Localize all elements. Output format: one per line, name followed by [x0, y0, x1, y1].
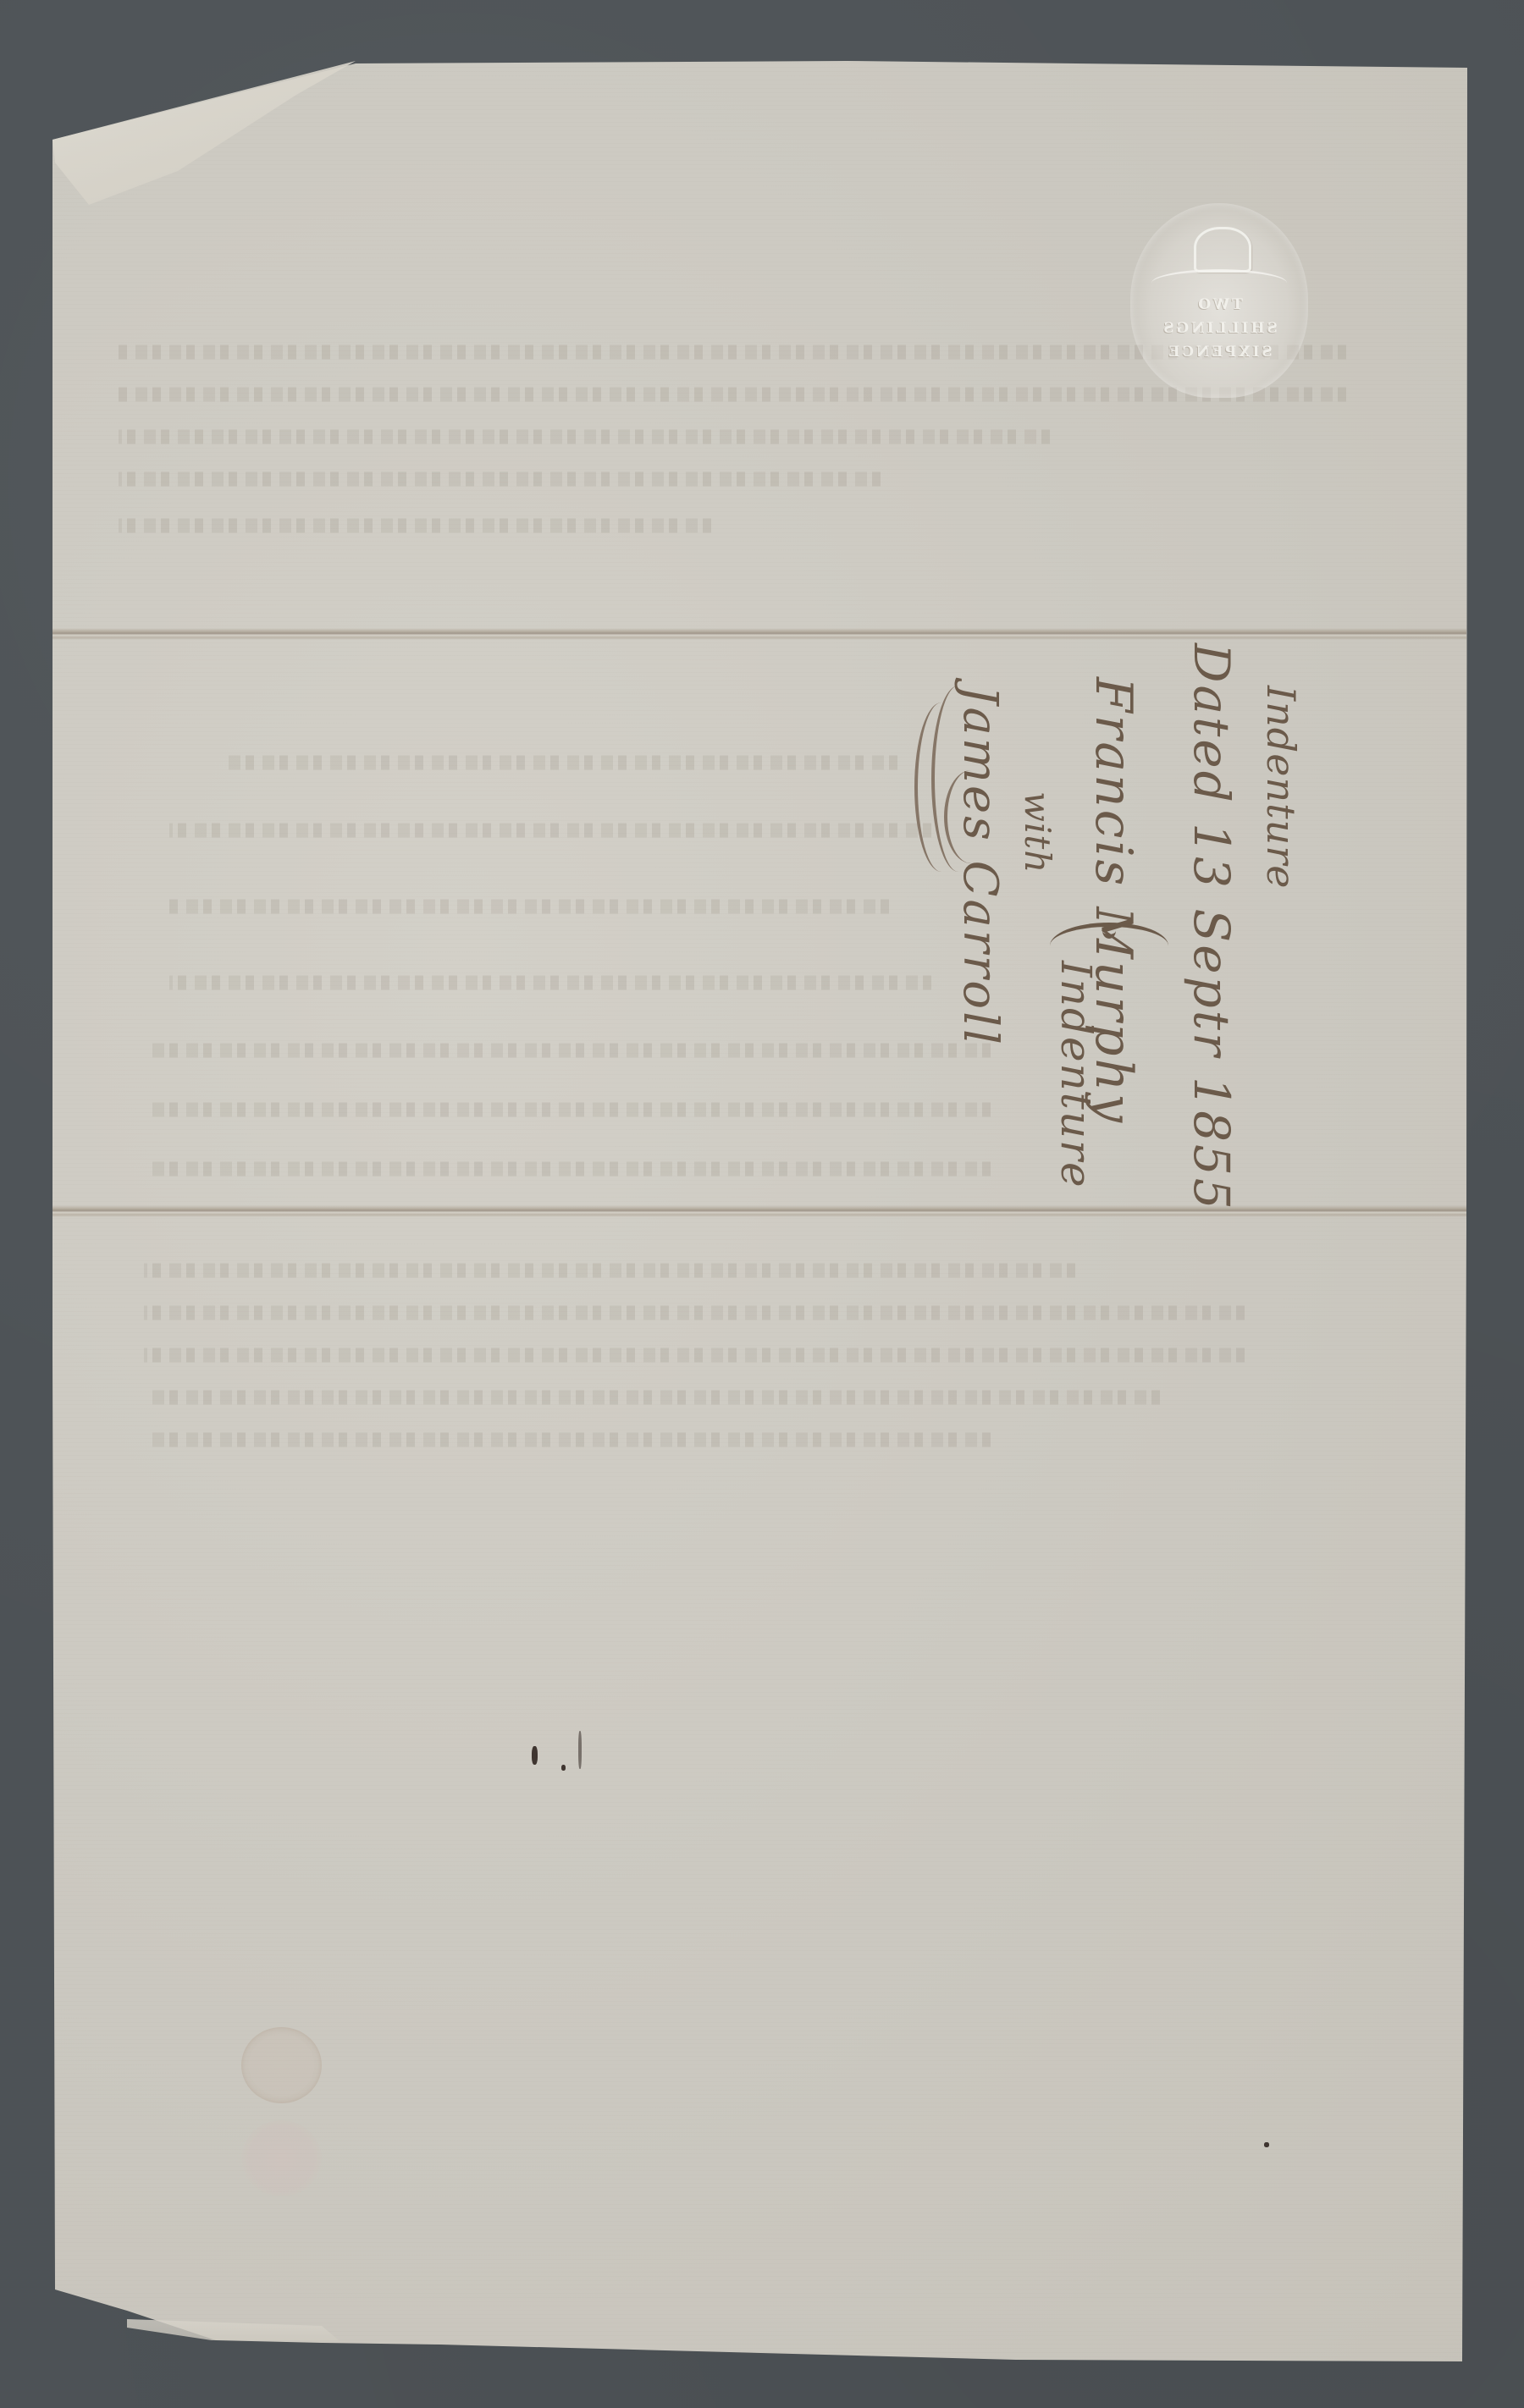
endorsement-title: Indenture: [1258, 686, 1304, 889]
show-through-line: [220, 745, 897, 780]
show-through-line: [119, 377, 1346, 412]
endorsement-conjunction: with: [1017, 791, 1058, 873]
faint-side-endorsement: illegible faded handwriting: [161, 1287, 204, 1798]
show-through-line: [119, 461, 881, 497]
seal-stain: [241, 2120, 322, 2196]
ink-mark: [561, 1765, 566, 1771]
fold-crease-upper: [52, 628, 1466, 640]
show-through-line: [119, 419, 1050, 455]
stamp-text-line: SIXPENCE: [1130, 344, 1308, 361]
seal-stain: [241, 2027, 322, 2103]
show-through-line: [144, 1380, 1160, 1415]
show-through-line: [144, 1033, 991, 1068]
embossed-revenue-stamp: TWO SHILLINGS SIXPENCE: [1130, 203, 1308, 398]
endorsement-date: Dated 13 Septr 1855: [1183, 643, 1240, 1212]
stamp-text-line: TWO: [1130, 296, 1308, 313]
pen-flourish: [944, 770, 998, 863]
ink-mark: [578, 1731, 582, 1769]
ink-mark: [1264, 2142, 1269, 2147]
stamp-flourish: [1151, 269, 1287, 297]
show-through-line: [144, 1337, 1245, 1373]
show-through-line: [169, 813, 931, 848]
show-through-line: [144, 1422, 991, 1457]
show-through-line: [144, 1151, 991, 1187]
show-through-line: [144, 1253, 1075, 1288]
show-through-line: [119, 508, 711, 543]
stamp-text-line: SHILLINGS: [1130, 320, 1308, 337]
ink-mark: [532, 1746, 538, 1765]
show-through-line: [144, 1092, 991, 1127]
crown-icon: [1194, 227, 1251, 273]
endorsement-document-type: Indenture: [1052, 961, 1101, 1189]
show-through-line: [169, 965, 931, 1000]
show-through-line: [169, 889, 889, 924]
deed-endorsement: Indenture Dated 13 Septr 1855 Francis Mu…: [897, 669, 1338, 1244]
show-through-line: [144, 1295, 1245, 1331]
